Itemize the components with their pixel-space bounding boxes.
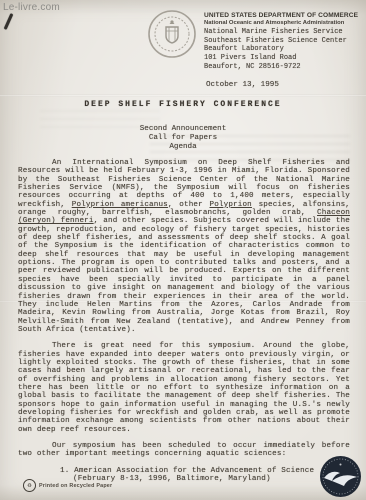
footer-recycled: ♻ Printed on Recycled Paper <box>23 479 112 492</box>
address-line: Beaufort Laboratory <box>204 45 366 54</box>
recycle-icon: ♻ <box>23 479 36 492</box>
letterhead-address: National Marine Fisheries Service Southe… <box>204 28 366 72</box>
address-line: National Marine Fisheries Service <box>204 28 366 37</box>
recycled-paper-label: Printed on Recycled Paper <box>39 483 112 489</box>
address-line: 101 Pivers Island Road <box>204 54 366 63</box>
department-of-commerce-seal-icon <box>147 9 197 59</box>
document-page: Le-livre.com UNITED STATES DEPARTMENT OF… <box>0 0 366 500</box>
paragraph-1: An International Symposium on Deep Shelf… <box>18 159 350 334</box>
address-line: Beaufort, NC 28516-9722 <box>204 63 366 72</box>
letter-date: October 13, 1995 <box>206 81 279 89</box>
letterhead: UNITED STATES DEPARTMENT OF COMMERCE Nat… <box>204 12 366 72</box>
watermark: Le-livre.com <box>3 2 60 13</box>
list-text-continued: (February 8-13, 1996, Baltimore, Marylan… <box>73 475 350 483</box>
subtitle-line: Agenda <box>0 143 366 152</box>
document-subtitle: Second Announcement Call for Papers Agen… <box>0 125 366 152</box>
letter-body: An International Symposium on Deep Shelf… <box>18 159 350 483</box>
paper-crease <box>0 94 366 97</box>
paragraph-2: There is great need for this symposium. … <box>18 342 350 434</box>
list-text: American Association for the Advancement… <box>74 467 314 475</box>
list-number: 1. <box>60 467 69 475</box>
subtitle-line: Second Announcement <box>0 125 366 134</box>
noaa-seal-icon <box>319 455 362 498</box>
document-title: DEEP SHELF FISHERY CONFERENCE <box>0 100 366 109</box>
pen-mark <box>4 13 14 30</box>
subtitle-line: Call for Papers <box>0 134 366 143</box>
paragraph-3: Our symposium has been scheduled to occu… <box>18 442 350 459</box>
letterhead-administration: National Oceanic and Atmospheric Adminis… <box>204 20 366 26</box>
letterhead-department: UNITED STATES DEPARTMENT OF COMMERCE <box>204 12 366 19</box>
